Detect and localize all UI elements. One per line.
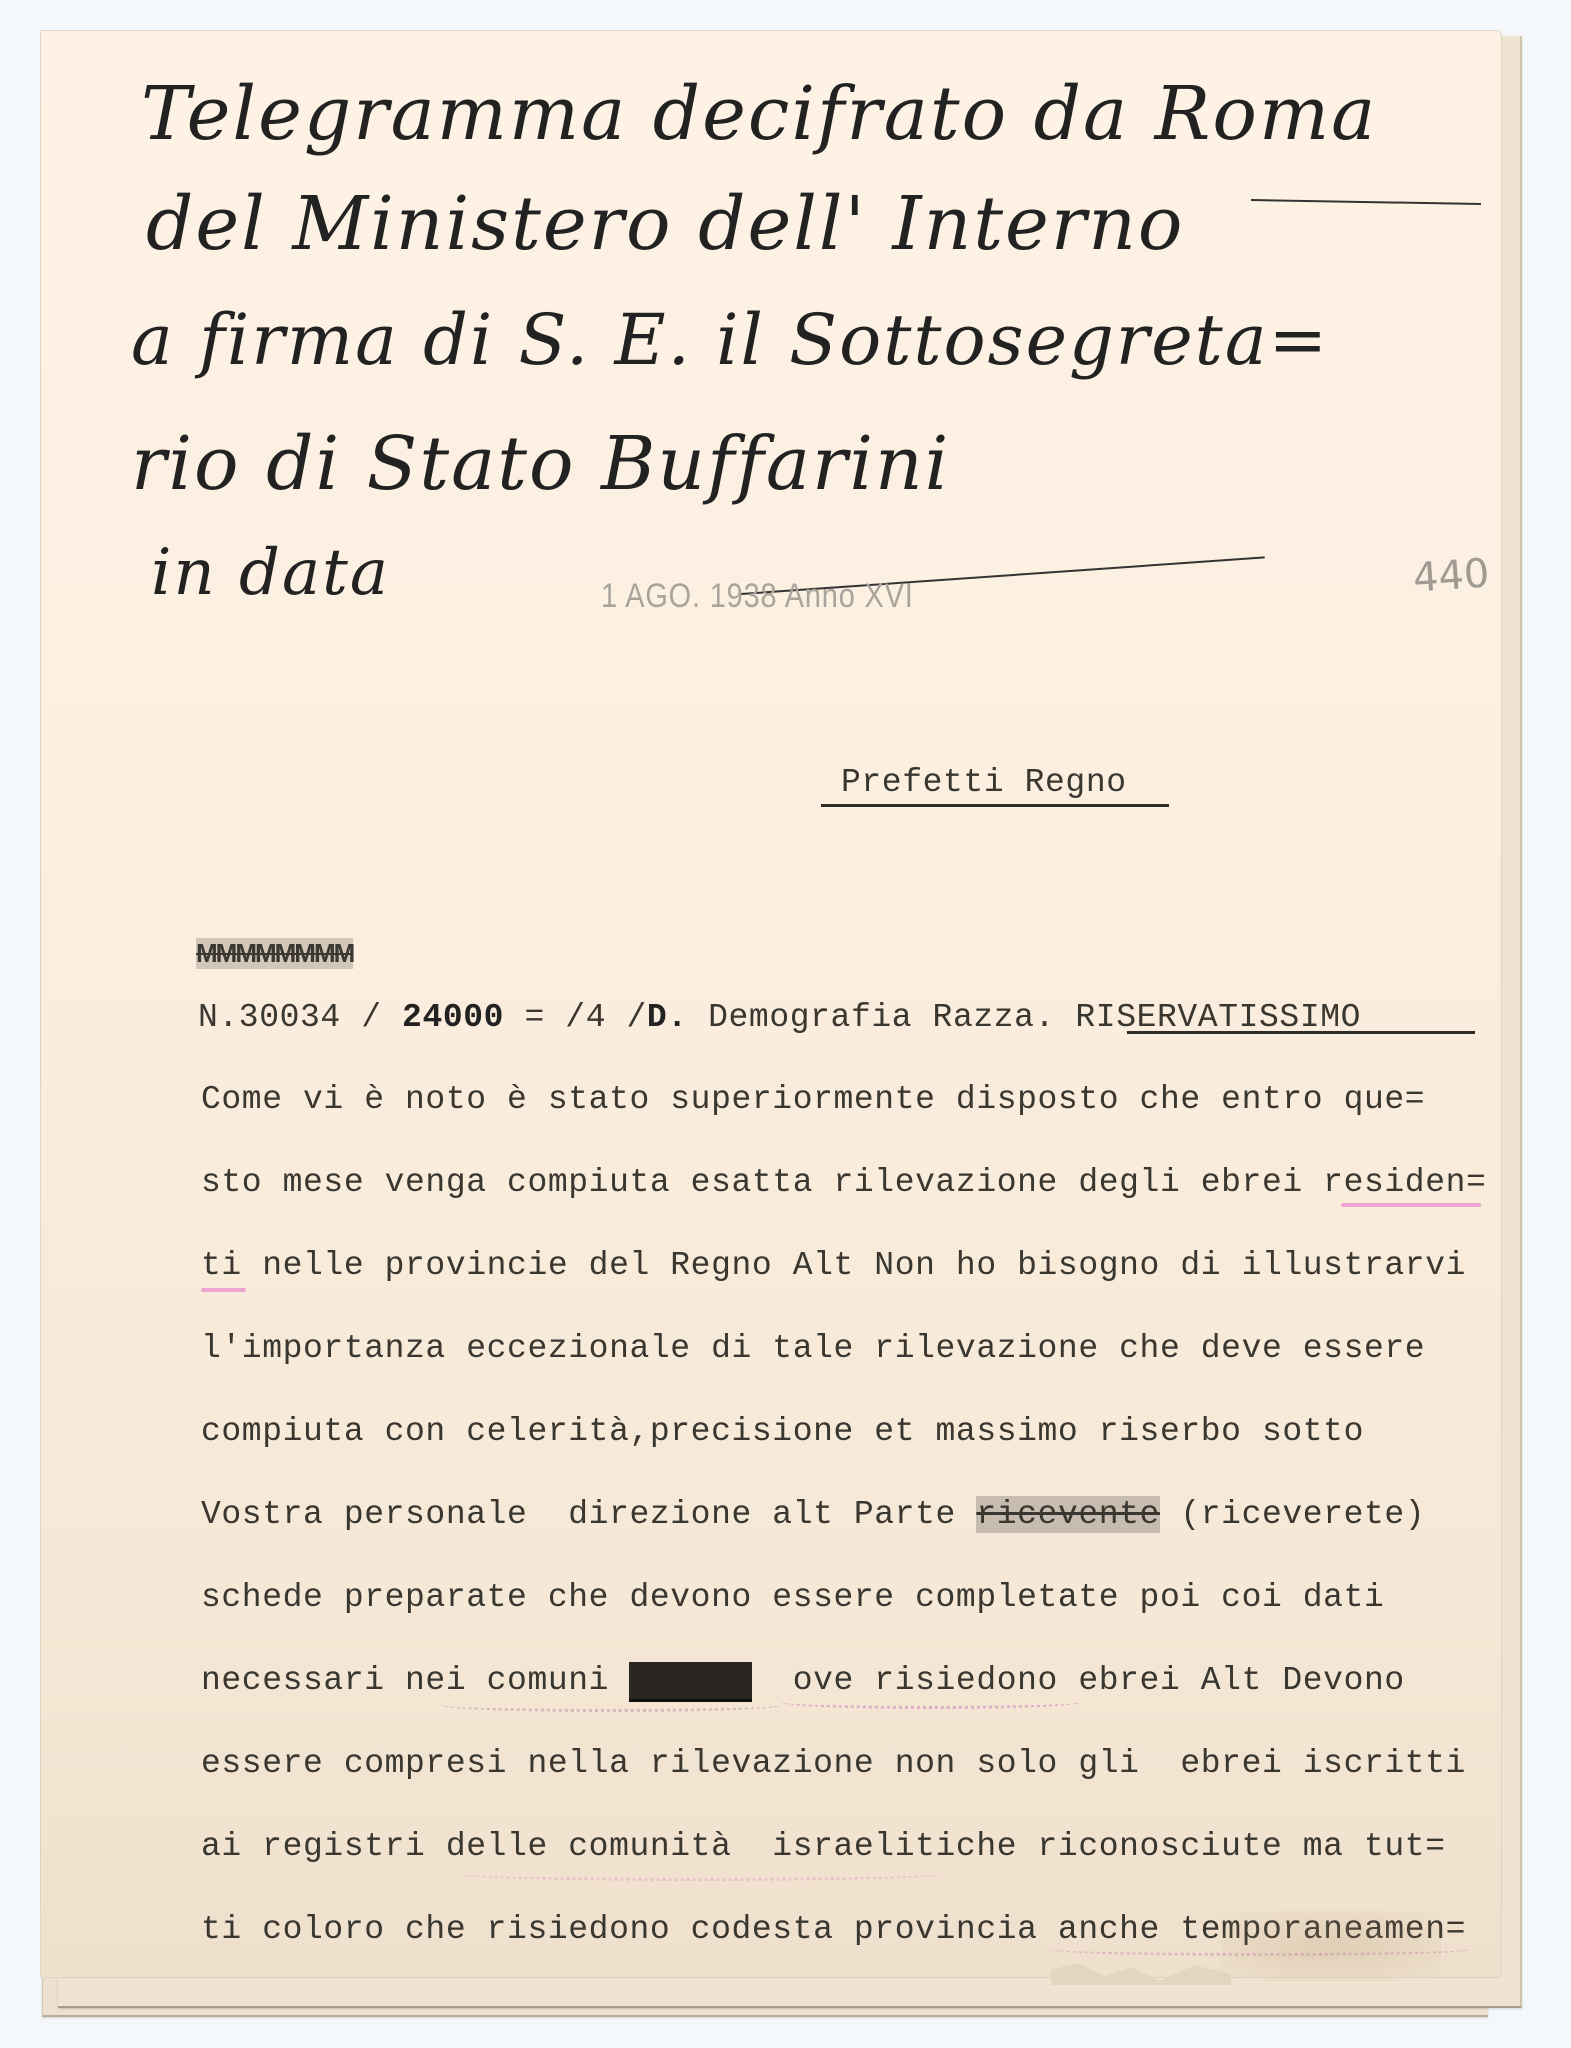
- classification-underline: [1127, 1031, 1475, 1034]
- line6-before: Vostra personale direzione alt Parte: [201, 1496, 976, 1533]
- handwritten-line-3: a firma di S. E. il Sottosegreta=: [131, 299, 1329, 381]
- body-line-10: ai registri delle comunità israelitiche …: [201, 1828, 1446, 1865]
- division-code: D.: [647, 999, 688, 1036]
- body-line-7: schede preparate che devono essere compl…: [201, 1579, 1384, 1616]
- struck-out-text: MMMMMMMM: [196, 938, 353, 969]
- line6-after: (riceverete): [1160, 1496, 1425, 1533]
- addressee-underline: [821, 804, 1169, 807]
- handwritten-line-4: rio di Stato Buffarini: [131, 421, 950, 507]
- body-line-5: compiuta con celerità,precisione et mass…: [201, 1413, 1364, 1450]
- line8-before: necessari nei comuni: [201, 1662, 629, 1699]
- body-line-9: essere compresi nella rilevazione non so…: [201, 1745, 1466, 1782]
- addressee: Prefetti Regno: [841, 764, 1127, 801]
- blacked-out-word: mmmmmm: [629, 1662, 751, 1702]
- line8-after: ove risiedono ebrei Alt Devono: [752, 1662, 1405, 1699]
- torn-edge: [1051, 1963, 1231, 1985]
- pink-highlight-residen: [1341, 1203, 1481, 1207]
- struck-word-ricevente: ricevente: [976, 1496, 1160, 1533]
- telegram-page: Telegramma decifrato da Roma del Ministe…: [40, 30, 1502, 1978]
- pink-wavy-underline-comunita: [461, 1868, 941, 1881]
- handwritten-line-1: Telegramma decifrato da Roma: [141, 71, 1377, 157]
- handwritten-line-2: del Ministero dell' Interno: [146, 181, 1184, 267]
- pink-wavy-underline-risiedono: [781, 1696, 1081, 1709]
- protocol-number-prefix: N.30034 /: [198, 999, 402, 1036]
- handwritten-flourish: [1251, 199, 1481, 205]
- body-line-11: ti coloro che risiedono codesta provinci…: [201, 1911, 1466, 1948]
- archive-page-number: 440: [1411, 550, 1490, 601]
- body-line-8: necessari nei comuni mmmmmm ove risiedon…: [201, 1662, 1405, 1699]
- handwritten-line-5: in data: [151, 536, 390, 610]
- pink-highlight-ti: [201, 1288, 246, 1292]
- body-line-2: sto mese venga compiuta esatta rilevazio…: [201, 1164, 1486, 1201]
- subject: Demografia Razza.: [688, 999, 1076, 1036]
- protocol-number: 24000: [402, 999, 504, 1036]
- body-line-1: Come vi è noto è stato superiormente dis…: [201, 1081, 1425, 1118]
- pink-wavy-underline-comuni: [441, 1699, 781, 1712]
- body-line-6: Vostra personale direzione alt Parte ric…: [201, 1496, 1425, 1533]
- pink-wavy-underline-bottom: [1051, 1943, 1471, 1956]
- protocol-number-suffix: = /4 /: [504, 999, 647, 1036]
- body-line-3: ti nelle provincie del Regno Alt Non ho …: [201, 1247, 1466, 1284]
- date-stamp: 1 AGO. 1938 Anno XVI: [601, 577, 914, 616]
- body-line-4: l'importanza eccezionale di tale rilevaz…: [201, 1330, 1425, 1367]
